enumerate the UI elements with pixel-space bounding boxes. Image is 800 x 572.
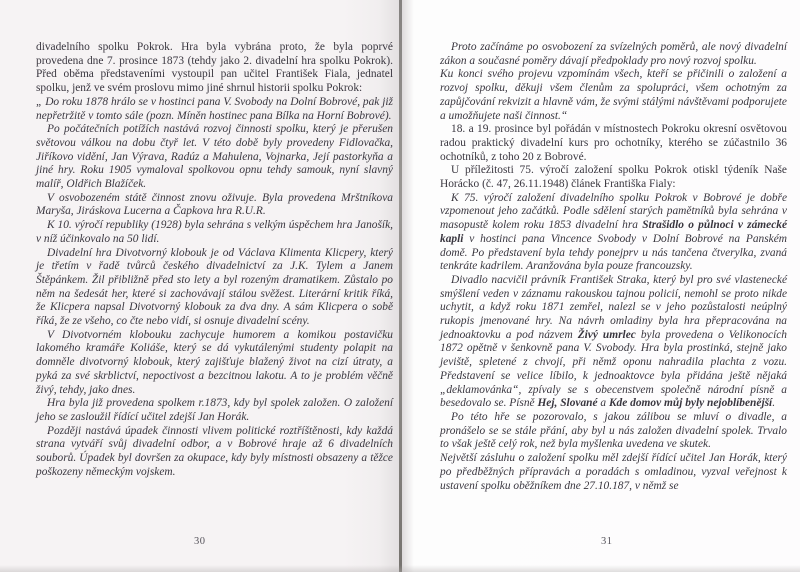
paragraph: Největší zásluhu o založení spolku měl z… [440,452,787,493]
page-right: Proto začínáme po osvobození za svízelný… [402,0,800,572]
paragraph: U příležitosti 75. výročí založení spolk… [440,164,787,191]
paragraph: divadelního spolku Pokrok. Hra byla vybr… [36,41,393,96]
scan-bottom-shadow [0,565,800,572]
paragraph: Ku konci svého projevu vzpomínám všech, … [440,68,787,123]
paragraph: K 75. výročí založení divadelního spolku… [440,192,787,274]
text-segment: 18. a 19. prosince byl pořádán v místnos… [440,123,787,162]
text-segment: v hostinci pana Vincence Svobody v Dolní… [440,233,787,272]
text-segment: U příležitosti 75. výročí založení spolk… [440,164,787,190]
paragraph: 18. a 19. prosince byl pořádán v místnos… [440,123,787,164]
text-segment: K 10. výročí republiky (1928) byla sehrá… [36,219,393,245]
text-segment: Hej, Slované [537,397,597,409]
text-segment: Hra byla již provedena spolkem r.1873, k… [36,397,393,423]
text-segment: Největší zásluhu o založení spolku měl z… [440,452,787,491]
paragraph: V Divotvorném klobouku zachycuje humorem… [36,329,393,398]
paragraph: Divadelní hra Divotvorný klobouk je od V… [36,247,393,329]
page-left: divadelního spolku Pokrok. Hra byla vybr… [0,0,399,572]
text-segment: Divadelní hra Divotvorný klobouk je od V… [36,247,393,328]
paragraph: Proto začínáme po osvobození za svízelný… [440,41,787,68]
text-segment: a [598,397,609,409]
text-segment: Po počátečních potížích nastává rozvoj č… [36,123,393,190]
text-segment: Kde domov můj byly nejoblíbenější [609,397,772,409]
text-segment: V osvobozeném státě činnost znovu oživuj… [36,192,393,218]
paragraph: „ Do roku 1878 hrálo se v hostinci pana … [36,96,393,123]
text-segment: . [772,397,775,409]
paragraph: Po počátečních potížích nastává rozvoj č… [36,123,393,192]
page-right-text: Proto začínáme po osvobození za svízelný… [440,41,787,493]
page-right-number: 31 [601,536,613,547]
text-segment: Později nastává úpadek činnosti vlivem p… [36,425,393,478]
book-spread-scan: divadelního spolku Pokrok. Hra byla vybr… [0,0,800,572]
text-segment: „ Do roku 1878 hrálo se v hostinci pana … [36,96,393,122]
paragraph: K 10. výročí republiky (1928) byla sehrá… [36,219,393,246]
text-segment: Ku konci svého projevu vzpomínám všech, … [440,68,787,121]
paragraph: Divadlo nacvičil právník František Strak… [440,274,787,411]
text-segment: Živý umrlec [578,329,636,341]
page-left-text: divadelního spolku Pokrok. Hra byla vybr… [36,41,393,480]
paragraph: Po této hře se pozorovalo, s jakou zálib… [440,411,787,452]
page-left-number: 30 [194,536,206,547]
paragraph: Hra byla již provedena spolkem r.1873, k… [36,397,393,424]
text-segment: V Divotvorném klobouku zachycuje humorem… [36,329,393,396]
text-segment: divadelního spolku Pokrok. Hra byla vybr… [36,41,393,94]
paragraph: V osvobozeném státě činnost znovu oživuj… [36,192,393,219]
text-segment: Po této hře se pozorovalo, s jakou zálib… [440,411,787,450]
paragraph: Později nastává úpadek činnosti vlivem p… [36,425,393,480]
text-segment: Proto začínáme po osvobození za svízelný… [440,41,787,67]
